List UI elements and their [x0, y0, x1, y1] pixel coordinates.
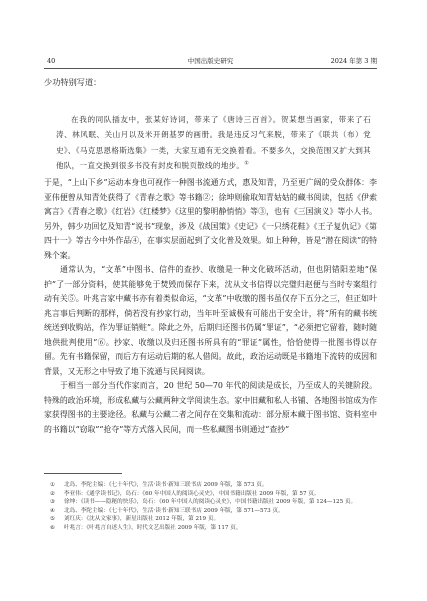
- paragraph: 通常认为，“文革”中图书、信件的查抄、收缴是一种文化破坏活动，但也阴错阳差地“保…: [44, 263, 377, 379]
- footnote: ① 北岛、李陀主编：《七十年代》，生活·读书·新知三联书店 2009 年版，第 …: [50, 481, 375, 490]
- paragraph: 于相当一部分当代作家而言，20 世纪 50—70 年代的阅读是成长，乃至成人的关…: [44, 379, 377, 437]
- footnote-mark: ③: [50, 498, 64, 507]
- footnote-mark: ②: [50, 490, 64, 499]
- footnote-ref: ①: [244, 161, 249, 167]
- paragraph: 于是，“上山下乡”运动本身也可视作一种图书流通方式，惠及知青，乃至更广阔的受众群…: [44, 176, 377, 263]
- footnote-divider: [44, 473, 122, 474]
- footnote: ⑤ 刘红庆：《沈从文家事》，新星出版社 2012 年版，第 219 页。: [50, 515, 375, 524]
- footnote: ② 李亚伟：《通学读书记》，岛石：《60 年中国人的阅读心灵史》，中国书籍出版社…: [50, 490, 375, 499]
- running-header: 40 中国出版史研究 2024 年第 3 期: [44, 55, 377, 67]
- footnote-text: 北岛、李陀主编：《七十年代》，生活·读书·新知三联书店 2009 年版，第 57…: [64, 507, 375, 516]
- footnote-mark: ④: [50, 507, 64, 516]
- footnote-text: 北岛、李陀主编：《七十年代》，生活·读书·新知三联书店 2009 年版，第 57…: [64, 481, 375, 490]
- footnote-mark: ⑤: [50, 515, 64, 524]
- footnote-text: 刘红庆：《沈从文家事》，新星出版社 2012 年版，第 219 页。: [64, 515, 375, 524]
- footnote-mark: ⑥: [50, 524, 64, 533]
- footnote: ④ 北岛、李陀主编：《七十年代》，生活·读书·新知三联书店 2009 年版，第 …: [50, 507, 375, 516]
- footnote: ③ 徐坤：《读书——隐秘的快乐》，岛石：《60 年中国人的阅读心灵史》，中国书籍…: [50, 498, 375, 507]
- footnote-text: 李亚伟：《通学读书记》，岛石：《60 年中国人的阅读心灵史》，中国书籍出版社 2…: [64, 490, 375, 499]
- footnote-mark: ①: [50, 481, 64, 490]
- block-quote: 在我的同队插友中，张某好诗词，带来了《唐诗三百首》。贺某想当画家，带来了石涛、林…: [56, 112, 371, 174]
- footnote: ⑥ 叶兆言：《叶兆言自述人生》，时代文艺出版社 2009 年版，第 117 页。: [50, 524, 375, 533]
- footnotes: ① 北岛、李陀主编：《七十年代》，生活·读书·新知三联书店 2009 年版，第 …: [50, 481, 375, 533]
- footnote-text: 徐坤：《读书——隐秘的快乐》，岛石：《60 年中国人的阅读心灵史》，中国书籍出版…: [64, 498, 375, 507]
- lead-text: 少功特别写道：: [44, 75, 101, 89]
- quote-text: 在我的同队插友中，张某好诗词，带来了《唐诗三百首》。贺某想当画家，带来了石涛、林…: [56, 115, 371, 170]
- journal-title: 中国出版史研究: [44, 55, 377, 67]
- footnote-text: 叶兆言：《叶兆言自述人生》，时代文艺出版社 2009 年版，第 117 页。: [64, 524, 375, 533]
- header-divider: [44, 68, 377, 69]
- issue-label: 2024 年第 3 期: [331, 55, 377, 67]
- body-text: 于是，“上山下乡”运动本身也可视作一种图书流通方式，惠及知青，乃至更广阔的受众群…: [44, 176, 377, 437]
